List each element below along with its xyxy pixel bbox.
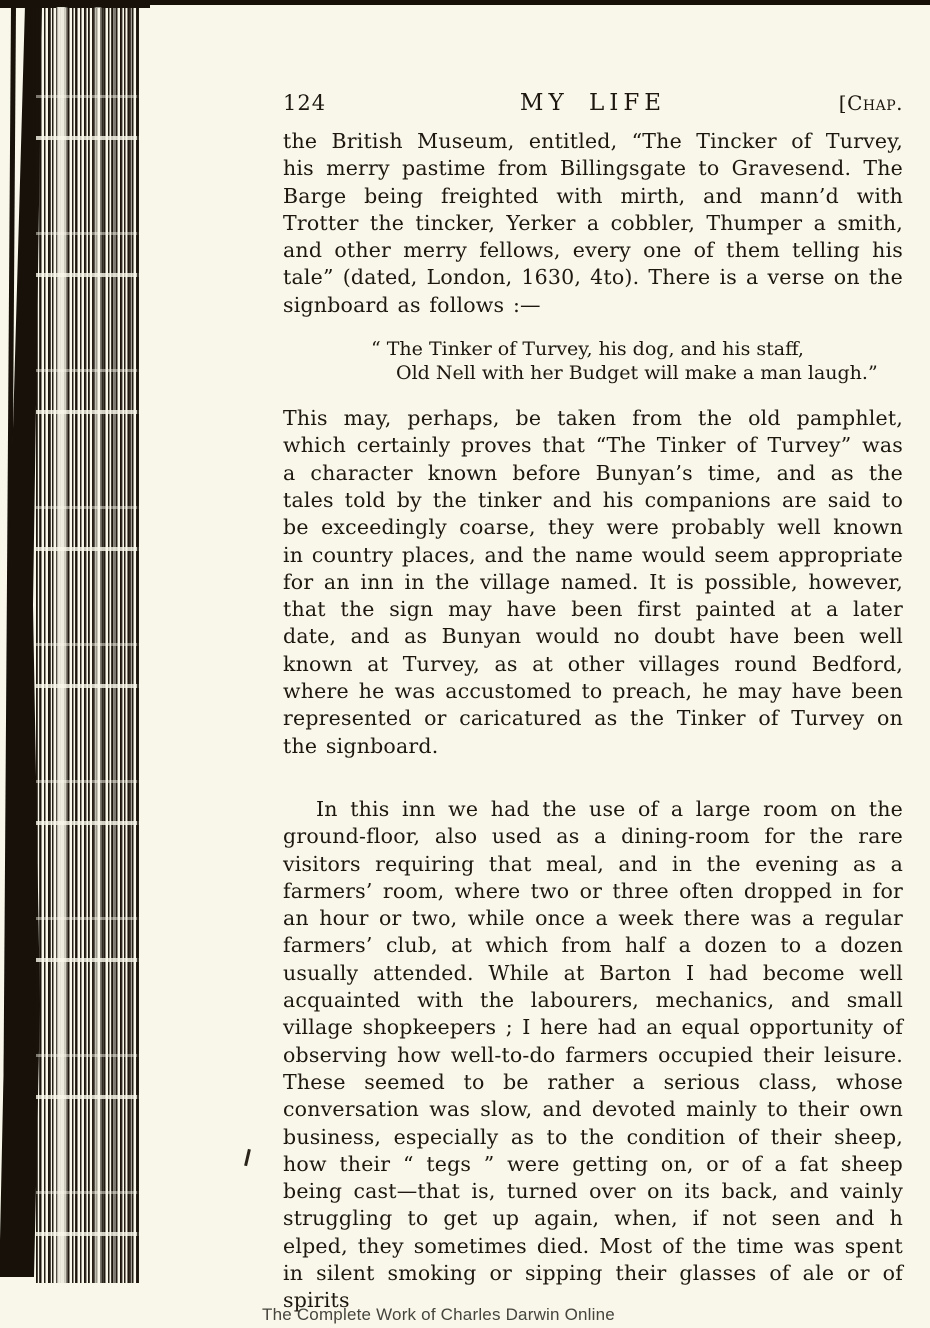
page-edge-streaks — [36, 7, 139, 1283]
scanned-book-page: 124 MY LIFE [Chap. the British Museum, e… — [0, 0, 930, 1328]
paragraph-3: In this inn we had the use of a large ro… — [283, 796, 903, 1315]
verse-line-1: “ The Tinker of Turvey, his dog, and his… — [371, 338, 903, 362]
verse-line-2: Old Nell with her Budget will make a man… — [371, 362, 903, 386]
page-text-block: 124 MY LIFE [Chap. the British Museum, e… — [283, 88, 903, 1315]
verse-quote: “ The Tinker of Turvey, his dog, and his… — [283, 338, 903, 385]
chapter-marker: [Chap. — [793, 88, 903, 118]
page-title: MY LIFE — [393, 88, 793, 118]
running-header: 124 MY LIFE [Chap. — [283, 88, 903, 118]
margin-stroke-artifact — [244, 1149, 250, 1166]
paragraph-2: This may, perhaps, be taken from the old… — [283, 405, 903, 760]
footer-caption: The Complete Work of Charles Darwin Onli… — [262, 1305, 615, 1325]
paragraph-1: the British Museum, entitled, “The Tinck… — [283, 128, 903, 319]
page-number: 124 — [283, 88, 393, 118]
